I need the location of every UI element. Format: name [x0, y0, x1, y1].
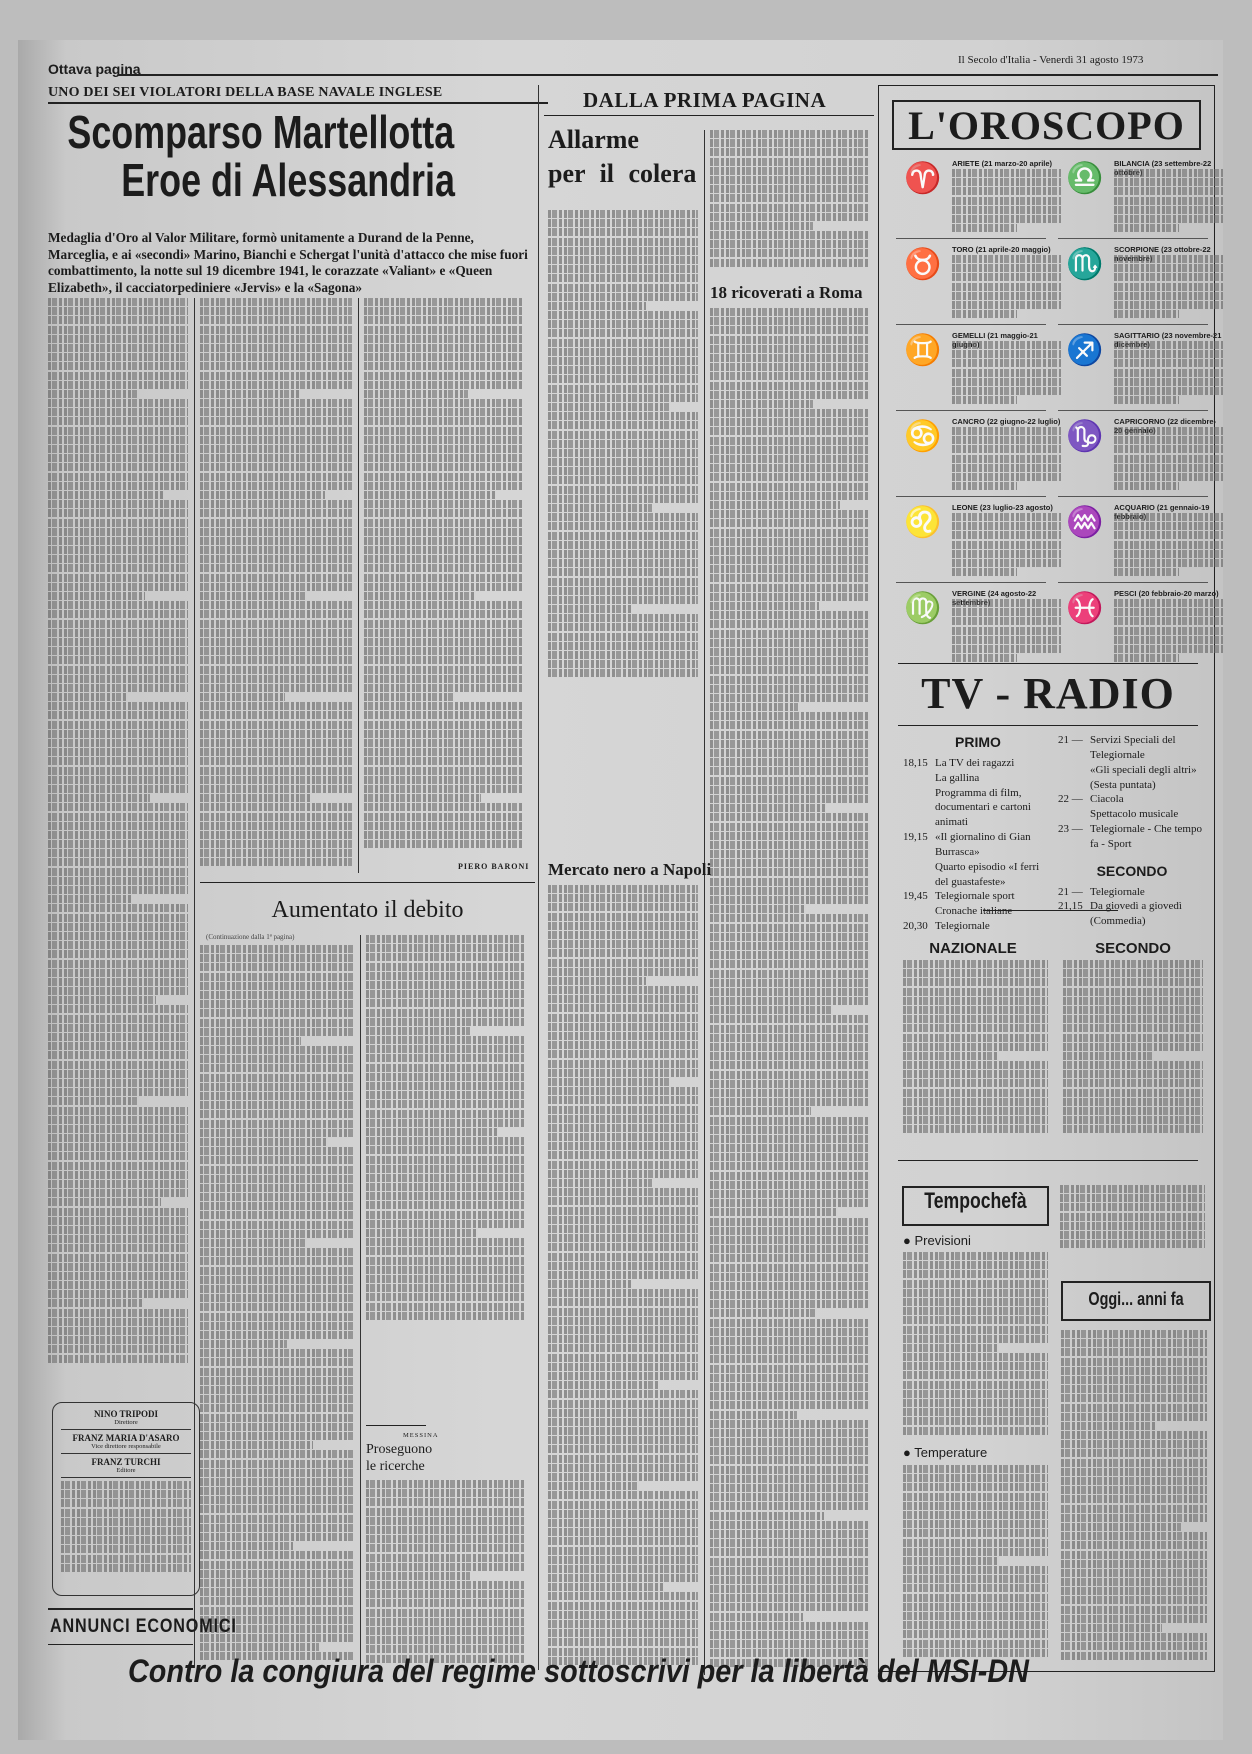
lead-kicker: UNO DEI SEI VIOLATORI DELLA BASE NAVALE …	[48, 85, 442, 101]
horoscope-sign: ♋CANCRO (22 giugno-22 luglio)	[896, 413, 1061, 499]
horoscope-title: L'OROSCOPO	[894, 102, 1199, 149]
lead-body-col-1	[48, 298, 188, 1368]
forecast-text	[903, 1252, 1048, 1437]
zodiac-icon: ♎	[1066, 161, 1103, 196]
lead-deck: Medaglia d'Oro al Valor Militare, formò …	[48, 230, 528, 296]
tv-program: Telegiornale - Che tempo fa - Sport	[1090, 822, 1206, 852]
tv-program: Servizi Speciali del Telegiornale«Gli sp…	[1090, 733, 1206, 792]
sign-name: TORO (21 aprile-20 maggio)	[952, 245, 1051, 254]
sign-text	[952, 599, 1061, 667]
tv-time: 21 —	[1058, 885, 1090, 900]
campaign-slogan: Contro la congiura del regime sottoscriv…	[128, 1653, 1029, 1690]
imprint-details	[61, 1481, 191, 1581]
tv-program: Telegiornale	[935, 919, 990, 934]
naples-body	[548, 885, 698, 1675]
tv-program: Telegiornale	[1090, 885, 1145, 900]
rome-headline: 18 ricoverati a Roma	[710, 283, 862, 303]
zodiac-icon: ♋	[904, 419, 941, 454]
editor-name: FRANZ TURCHI	[61, 1457, 191, 1467]
horoscope-sign: ♈ARIETE (21 marzo-20 aprile)	[896, 155, 1061, 241]
sign-text	[1114, 255, 1223, 323]
horoscope-sign: ♐SAGITTARIO (23 novembre-21 dicembre)	[1058, 327, 1223, 413]
imprint-box: NINO TRIPODI Direttore FRANZ MARIA D'ASA…	[52, 1402, 200, 1596]
weather-title-box: Tempochefà	[902, 1186, 1049, 1226]
director-name: NINO TRIPODI	[61, 1409, 191, 1419]
sign-text	[1114, 513, 1223, 581]
horoscope-sign: ♏SCORPIONE (23 ottobre-22 novembre)	[1058, 241, 1223, 327]
deputy-name: FRANZ MARIA D'ASARO	[61, 1433, 191, 1443]
sign-name: CANCRO (22 giugno-22 luglio)	[952, 417, 1060, 426]
debt-headline: Aumentato il debito	[200, 895, 535, 926]
sign-text	[952, 513, 1061, 581]
lead-headline: Scomparso Martellotta Eroe di Alessandri…	[58, 108, 464, 205]
weather-table	[1060, 1185, 1205, 1257]
tv-listing-row: 20,30Telegiornale	[903, 919, 1053, 934]
forecast-heading: ● Previsioni	[903, 1233, 971, 1248]
tv-time: 19,15	[903, 830, 935, 889]
radio-secondo-listing	[1063, 960, 1203, 1135]
column-rule	[704, 130, 705, 1675]
tv-time: 21 —	[1058, 733, 1090, 792]
zodiac-icon: ♏	[1066, 247, 1103, 282]
headline-line-2: Eroe di Alessandria	[58, 156, 464, 204]
horoscope-sign: ♓PESCI (20 febbraio-20 marzo)	[1058, 585, 1223, 671]
forecast-label: Previsioni	[914, 1233, 970, 1248]
zodiac-icon: ♈	[904, 161, 941, 196]
lead-byline: PIERO BARONI	[458, 862, 529, 871]
horoscope-sign: ♎BILANCIA (23 settembre-22 ottobre)	[1058, 155, 1223, 241]
sign-name: PESCI (20 febbraio-20 marzo)	[1114, 589, 1219, 598]
tv-time: 21,15	[1058, 899, 1090, 929]
zodiac-icon: ♉	[904, 247, 941, 282]
zodiac-icon: ♊	[904, 333, 941, 368]
rome-body	[710, 308, 868, 1673]
tv-program: «Il giornalino di Gian Burrasca»Quarto e…	[935, 830, 1053, 889]
headline-line-1: Proseguono	[366, 1442, 432, 1459]
divider	[48, 102, 548, 104]
cholera-headline: Allarme per il colera	[548, 123, 696, 191]
temperature-table	[903, 1465, 1048, 1665]
tv-time: 18,15	[903, 756, 935, 830]
tv-program: Telegiornale sportCronache italiane	[935, 889, 1015, 919]
newspaper-page: Ottava pagina Il Secolo d'Italia - Vener…	[18, 40, 1223, 1740]
tv-primo-heading: PRIMO	[903, 733, 1053, 752]
sign-text	[952, 341, 1061, 409]
radio-secondo-heading: SECONDO	[1058, 940, 1208, 957]
tv-radio-title: TV - RADIO	[888, 668, 1208, 719]
tv-listing-row: 21 —Servizi Speciali del Telegiornale«Gl…	[1058, 733, 1206, 792]
cholera-body-col-2	[710, 130, 868, 270]
classifieds-title: ANNUNCI ECONOMICI	[50, 1616, 237, 1638]
cholera-body-col-1	[548, 210, 698, 685]
horoscope-sign: ♑CAPRICORNO (22 dicembre-20 gennaio)	[1058, 413, 1223, 499]
sign-text	[1114, 599, 1223, 667]
sign-name: LEONE (23 luglio-23 agosto)	[952, 503, 1053, 512]
zodiac-icon: ♌	[904, 505, 941, 540]
divider	[898, 663, 1198, 664]
debt-body-col-1	[200, 945, 355, 1665]
temperature-heading: ● Temperature	[903, 1445, 987, 1460]
small-story-body	[366, 1480, 526, 1670]
headline-line-2: le ricerche	[366, 1459, 432, 1476]
debt-continued-note: (Continuazione dalla 1ª pagina)	[206, 933, 294, 941]
zodiac-icon: ♐	[1066, 333, 1103, 368]
history-list	[1061, 1330, 1207, 1665]
history-title-box: Oggi... anni fa	[1061, 1281, 1211, 1321]
horoscope-sign: ♒ACQUARIO (21 gennaio-19 febbraio)	[1058, 499, 1223, 585]
headline-line-1: Allarme	[548, 123, 696, 157]
tv-listing-row: 19,45Telegiornale sportCronache italiane	[903, 889, 1053, 919]
zodiac-icon: ♍	[904, 591, 941, 626]
horoscope-sign: ♊GEMELLI (21 maggio-21 giugno)	[896, 327, 1061, 413]
tv-time: 19,45	[903, 889, 935, 919]
paper-date: Il Secolo d'Italia - Venerdì 31 agosto 1…	[958, 54, 1143, 66]
sign-text	[1114, 427, 1223, 495]
history-title: Oggi... anni fa	[1078, 1289, 1195, 1310]
divider	[898, 1160, 1198, 1161]
zodiac-icon: ♒	[1066, 505, 1103, 540]
deputy-role: Vice direttore responsabile	[61, 1443, 191, 1450]
column-rule	[538, 85, 539, 1670]
sign-text	[1114, 341, 1223, 409]
tv-time: 23 —	[1058, 822, 1090, 852]
headline-line-2: per il colera	[548, 157, 696, 191]
tv-time: 20,30	[903, 919, 935, 934]
column-rule	[360, 935, 361, 1670]
tv-listing-row: 22 —CiacolaSpettacolo musicale	[1058, 792, 1206, 822]
divider	[200, 882, 535, 883]
column-rule	[358, 298, 359, 873]
zodiac-icon: ♓	[1066, 591, 1103, 626]
tv-time: 22 —	[1058, 792, 1090, 822]
sign-text	[952, 255, 1061, 323]
divider	[983, 910, 1118, 911]
tv-listing-row: 21,15Da giovedì a giovedì(Commedia)	[1058, 899, 1206, 929]
divider	[48, 1608, 193, 1610]
headline-line-1: Scomparso Martellotta	[58, 108, 464, 156]
sign-text	[1114, 169, 1223, 237]
divider	[544, 115, 874, 116]
sign-text	[952, 169, 1061, 237]
horoscope-title-box: L'OROSCOPO	[892, 100, 1201, 150]
lead-body-col-3	[364, 298, 524, 858]
small-story-kicker: MESSINA	[403, 1432, 439, 1439]
front-page-section-title: DALLA PRIMA PAGINA	[583, 88, 826, 113]
bullet-icon: ●	[903, 1445, 911, 1460]
masthead-rule	[118, 74, 1218, 76]
director-role: Direttore	[61, 1419, 191, 1426]
tv-secondo-heading: SECONDO	[1058, 862, 1206, 881]
horoscope-sign: ♍VERGINE (24 agosto-22 settembre)	[896, 585, 1061, 671]
divider	[48, 1644, 193, 1645]
tv-primo-column: PRIMO 18,15La TV dei ragazziLa gallinaPr…	[903, 733, 1053, 934]
bullet-icon: ●	[903, 1233, 911, 1248]
tv-listing-row: 21 —Telegiornale	[1058, 885, 1206, 900]
tv-listing-row: 18,15La TV dei ragazziLa gallinaProgramm…	[903, 756, 1053, 830]
sign-name: ARIETE (21 marzo-20 aprile)	[952, 159, 1052, 168]
tv-program: CiacolaSpettacolo musicale	[1090, 792, 1178, 822]
radio-nazionale-heading: NAZIONALE	[898, 940, 1048, 957]
naples-headline: Mercato nero a Napoli	[548, 860, 711, 880]
radio-nazionale-listing	[903, 960, 1048, 1135]
divider	[898, 725, 1198, 726]
sign-text	[952, 427, 1061, 495]
divider	[366, 1425, 426, 1426]
temperature-label: Temperature	[914, 1445, 987, 1460]
zodiac-icon: ♑	[1066, 419, 1103, 454]
tv-listing-row: 19,15«Il giornalino di Gian Burrasca»Qua…	[903, 830, 1053, 889]
horoscope-sign: ♉TORO (21 aprile-20 maggio)	[896, 241, 1061, 327]
weather-title: Tempochefà	[918, 1188, 1032, 1214]
small-story-headline: Proseguono le ricerche	[366, 1442, 432, 1476]
tv-program: La TV dei ragazziLa gallinaProgramma di …	[935, 756, 1053, 830]
horoscope-sign: ♌LEONE (23 luglio-23 agosto)	[896, 499, 1061, 585]
editor-role: Editore	[61, 1467, 191, 1474]
tv-primo-column-2: 21 —Servizi Speciali del Telegiornale«Gl…	[1058, 733, 1206, 929]
debt-body-col-2	[366, 935, 526, 1325]
tv-listing-row: 23 —Telegiornale - Che tempo fa - Sport	[1058, 822, 1206, 852]
tv-program: Da giovedì a giovedì(Commedia)	[1090, 899, 1182, 929]
lead-body-col-2	[200, 298, 352, 873]
